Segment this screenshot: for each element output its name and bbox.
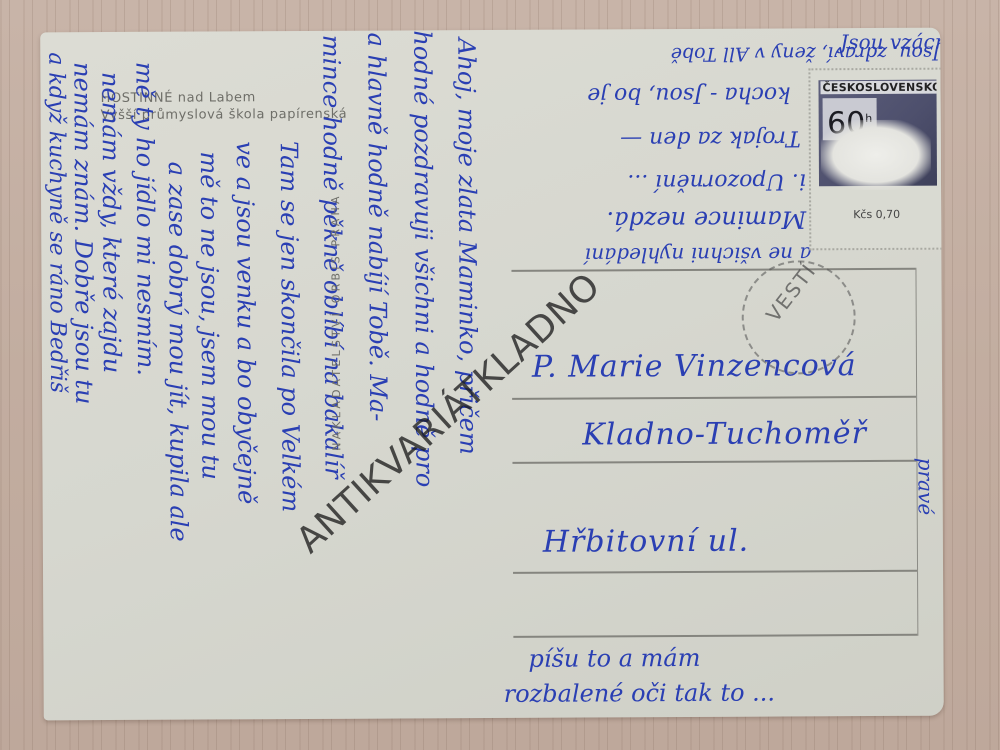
address-line-3: Hřbitovní ul. (543, 524, 749, 560)
stamp-worn-area (821, 120, 931, 191)
stamp-country: ČESKOSLOVENSKO (820, 81, 937, 95)
address-rule (513, 634, 917, 638)
handwriting-vertical-line: a hlavně hodně nabíjí Tobě. Ma- (362, 33, 392, 422)
handwriting-upside-line: Trojak za den — (620, 125, 801, 151)
address-rule (512, 460, 916, 464)
stamp-price: Kčs 0,70 (853, 208, 900, 221)
handwriting-vertical-line: a když kuchyně se ráno Bedřiš (43, 52, 70, 393)
handwriting-vertical-line: Tam se jen skončila po Velkém (275, 141, 305, 512)
handwriting-bottom-line-1: píšu to a mám (528, 644, 700, 673)
handwriting-bottom-line-2: rozbalené oči tak to ... (504, 679, 775, 708)
address-rule (512, 396, 916, 400)
postage-stamp: ČESKOSLOVENSKO 60h Kčs 0,70 (808, 68, 943, 251)
handwriting-vertical-line: mě ty ho jídlo mi nesmím. (130, 62, 160, 376)
postmark-text: VESTÍ (761, 259, 821, 327)
handwriting-right-margin: pravé (913, 458, 937, 516)
address-line-1: P. Marie Vinzencová (532, 348, 857, 385)
handwriting-vertical-line: nemám znám. Dobře jsou tu (68, 62, 98, 404)
handwriting-top-right: Jsou vzácné (840, 30, 944, 55)
handwriting-vertical-line: a zase dobrý mou jít, kupila ale (163, 162, 193, 542)
postcard: HOSTINNÉ nad Labem Vyšší průmyslová škol… (40, 28, 944, 721)
address-line-2: Kladno-Tuchoměř (582, 416, 867, 452)
handwriting-vertical-line: ve a jsou venku a bo obyčejně (231, 141, 261, 504)
publisher-imprint: NAKLADATELSTVÍ ORBIS PRAHA (329, 193, 343, 451)
handwriting-upside-line: Mamince nezdá. (606, 205, 806, 234)
handwriting-upside-line: kocha - Jsou, bo je (587, 81, 790, 107)
handwriting-vertical-line: nemám vždy, které zajdu (96, 72, 126, 373)
handwriting-vertical-line: mě to ne jsou, jsem mou tu (195, 151, 225, 479)
address-rule (513, 570, 917, 574)
address-rule (511, 268, 915, 272)
handwriting-upside-line: i. Upozornění ... (627, 168, 806, 194)
